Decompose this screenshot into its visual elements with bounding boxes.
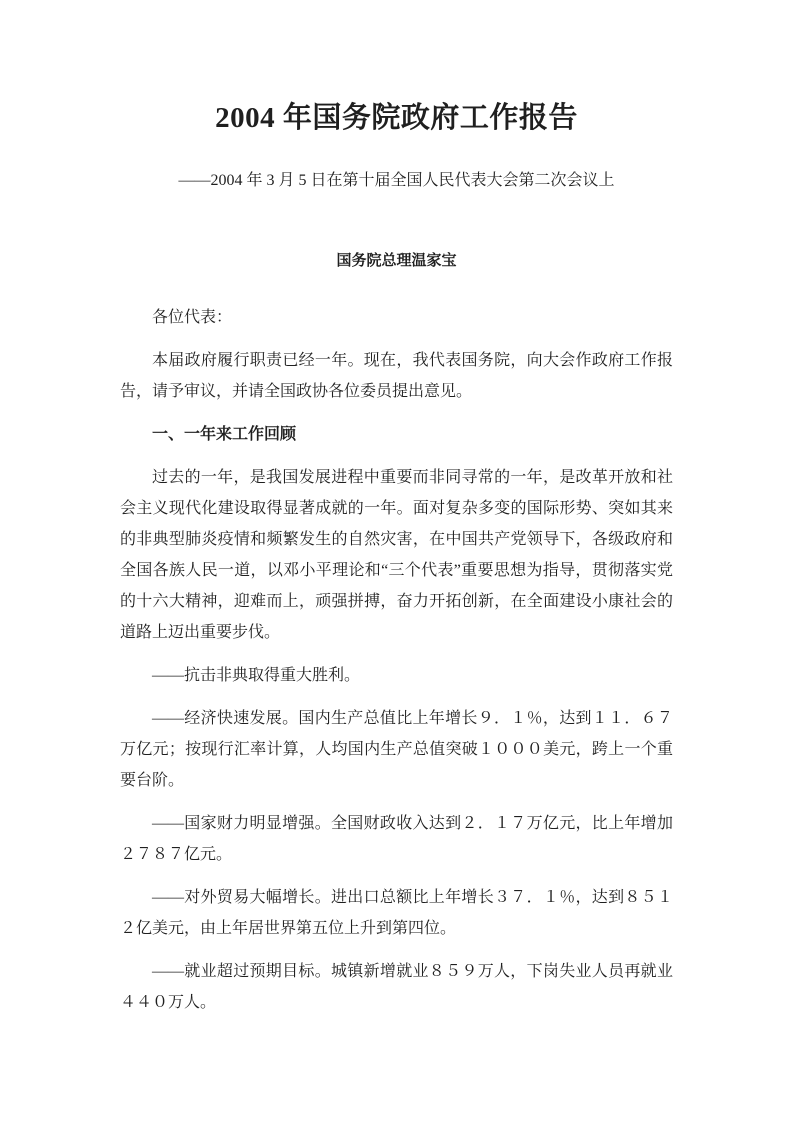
document-subtitle: ——2004 年 3 月 5 日在第十届全国人民代表大会第二次会议上 bbox=[120, 165, 673, 196]
body-paragraph: 过去的一年，是我国发展进程中重要而非同寻常的一年，是改革开放和社会主义现代化建设… bbox=[120, 462, 673, 648]
section-heading: 一、一年来工作回顾 bbox=[120, 419, 673, 450]
body-paragraph: 本届政府履行职责已经一年。现在，我代表国务院，向大会作政府工作报告，请予审议，并… bbox=[120, 345, 673, 407]
body-paragraph: ——抗击非典取得重大胜利。 bbox=[120, 660, 673, 691]
document-author: 国务院总理温家宝 bbox=[120, 246, 673, 277]
document-title: 2004 年国务院政府工作报告 bbox=[120, 100, 673, 136]
document-body: 本届政府履行职责已经一年。现在，我代表国务院，向大会作政府工作报告，请予审议，并… bbox=[120, 345, 673, 1018]
body-paragraph: ——对外贸易大幅增长。进出口总额比上年增长３７．１％，达到８５１２亿美元，由上年… bbox=[120, 882, 673, 944]
salutation: 各位代表： bbox=[120, 302, 673, 333]
body-paragraph: ——国家财力明显增强。全国财政收入达到２．１７万亿元，比上年增加２７８７亿元。 bbox=[120, 808, 673, 870]
body-paragraph: ——就业超过预期目标。城镇新增就业８５９万人，下岗失业人员再就业４４０万人。 bbox=[120, 956, 673, 1018]
document-page: 2004 年国务院政府工作报告 ——2004 年 3 月 5 日在第十届全国人民… bbox=[0, 0, 793, 1122]
body-paragraph: ——经济快速发展。国内生产总值比上年增长９．１％，达到１１．６７万亿元；按现行汇… bbox=[120, 703, 673, 796]
